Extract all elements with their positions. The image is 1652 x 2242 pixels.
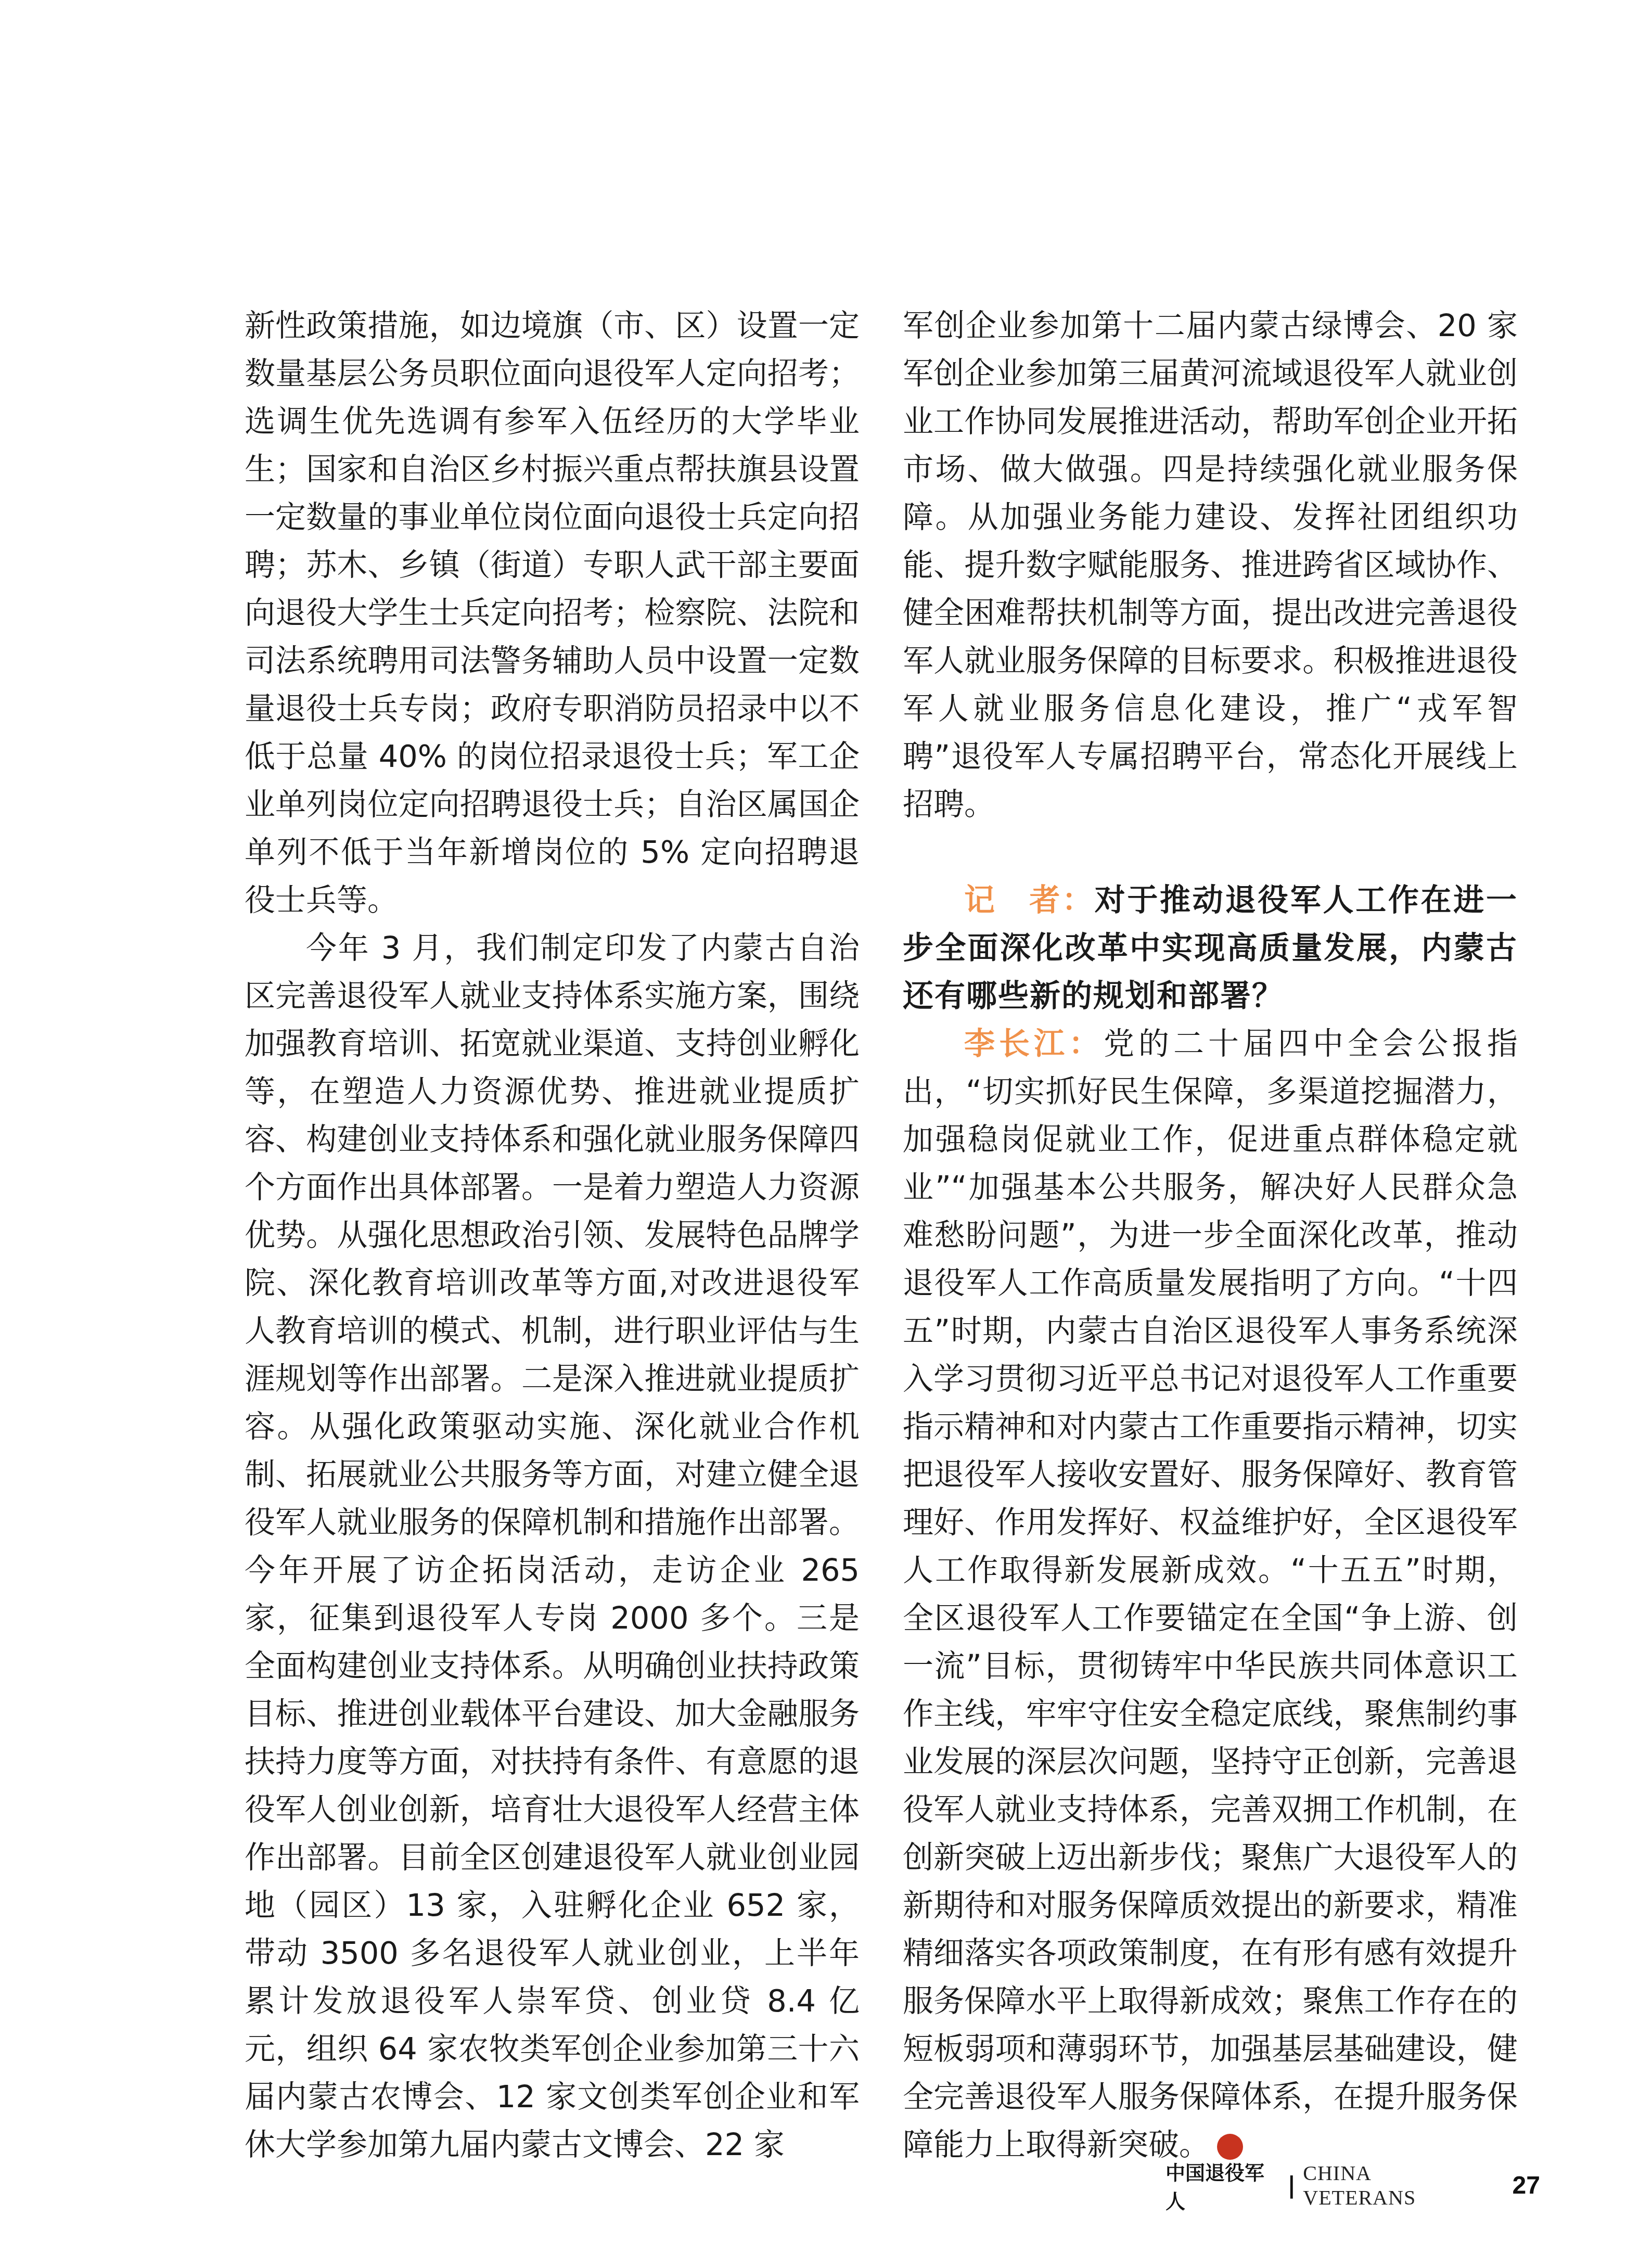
article-end-v-icon: V [1217, 2134, 1243, 2160]
speaker-label-interviewee: 李长江： [964, 1026, 1104, 1061]
page-number: 27 [1513, 2171, 1540, 2200]
speaker-label-reporter: 记 者： [964, 882, 1095, 918]
interview-answer: 李长江：党的二十届四中全会公报指出，“切实抓好民生保障，多渠道挖掘潜力，加强稳岗… [903, 1020, 1518, 2169]
interview-question: 记 者：对于推动退役军人工作在进一步全面深化改革中实现高质量发展，内蒙古还有哪些… [903, 876, 1518, 1020]
magazine-page: 新性政策措施，如边境旗（市、区）设置一定数量基层公务员职位面向退役军人定向招考；… [0, 0, 1652, 2242]
spacer [903, 828, 1518, 876]
page-footer: 中国退役军人 | CHINA VETERANS 27 [1166, 2170, 1540, 2201]
body-paragraph: 新性政策措施，如边境旗（市、区）设置一定数量基层公务员职位面向退役军人定向招考；… [245, 302, 860, 924]
right-column: 军创企业参加第十二届内蒙古绿博会、20 家军创企业参加第三届黄河流域退役军人就业… [903, 302, 1518, 2169]
magazine-name-en: CHINA VETERANS [1303, 2161, 1482, 2210]
footer-separator: | [1287, 2172, 1296, 2199]
body-paragraph: 今年 3 月，我们制定印发了内蒙古自治区完善退役军人就业支持体系实施方案，围绕加… [245, 924, 860, 2169]
left-column: 新性政策措施，如边境旗（市、区）设置一定数量基层公务员职位面向退役军人定向招考；… [245, 302, 860, 2169]
magazine-name-cn: 中国退役军人 [1166, 2157, 1280, 2214]
answer-text: 党的二十届四中全会公报指出，“切实抓好民生保障，多渠道挖掘潜力，加强稳岗促就业工… [903, 1026, 1518, 2162]
body-paragraph-continuation: 军创企业参加第十二届内蒙古绿博会、20 家军创企业参加第三届黄河流域退役军人就业… [903, 302, 1518, 828]
